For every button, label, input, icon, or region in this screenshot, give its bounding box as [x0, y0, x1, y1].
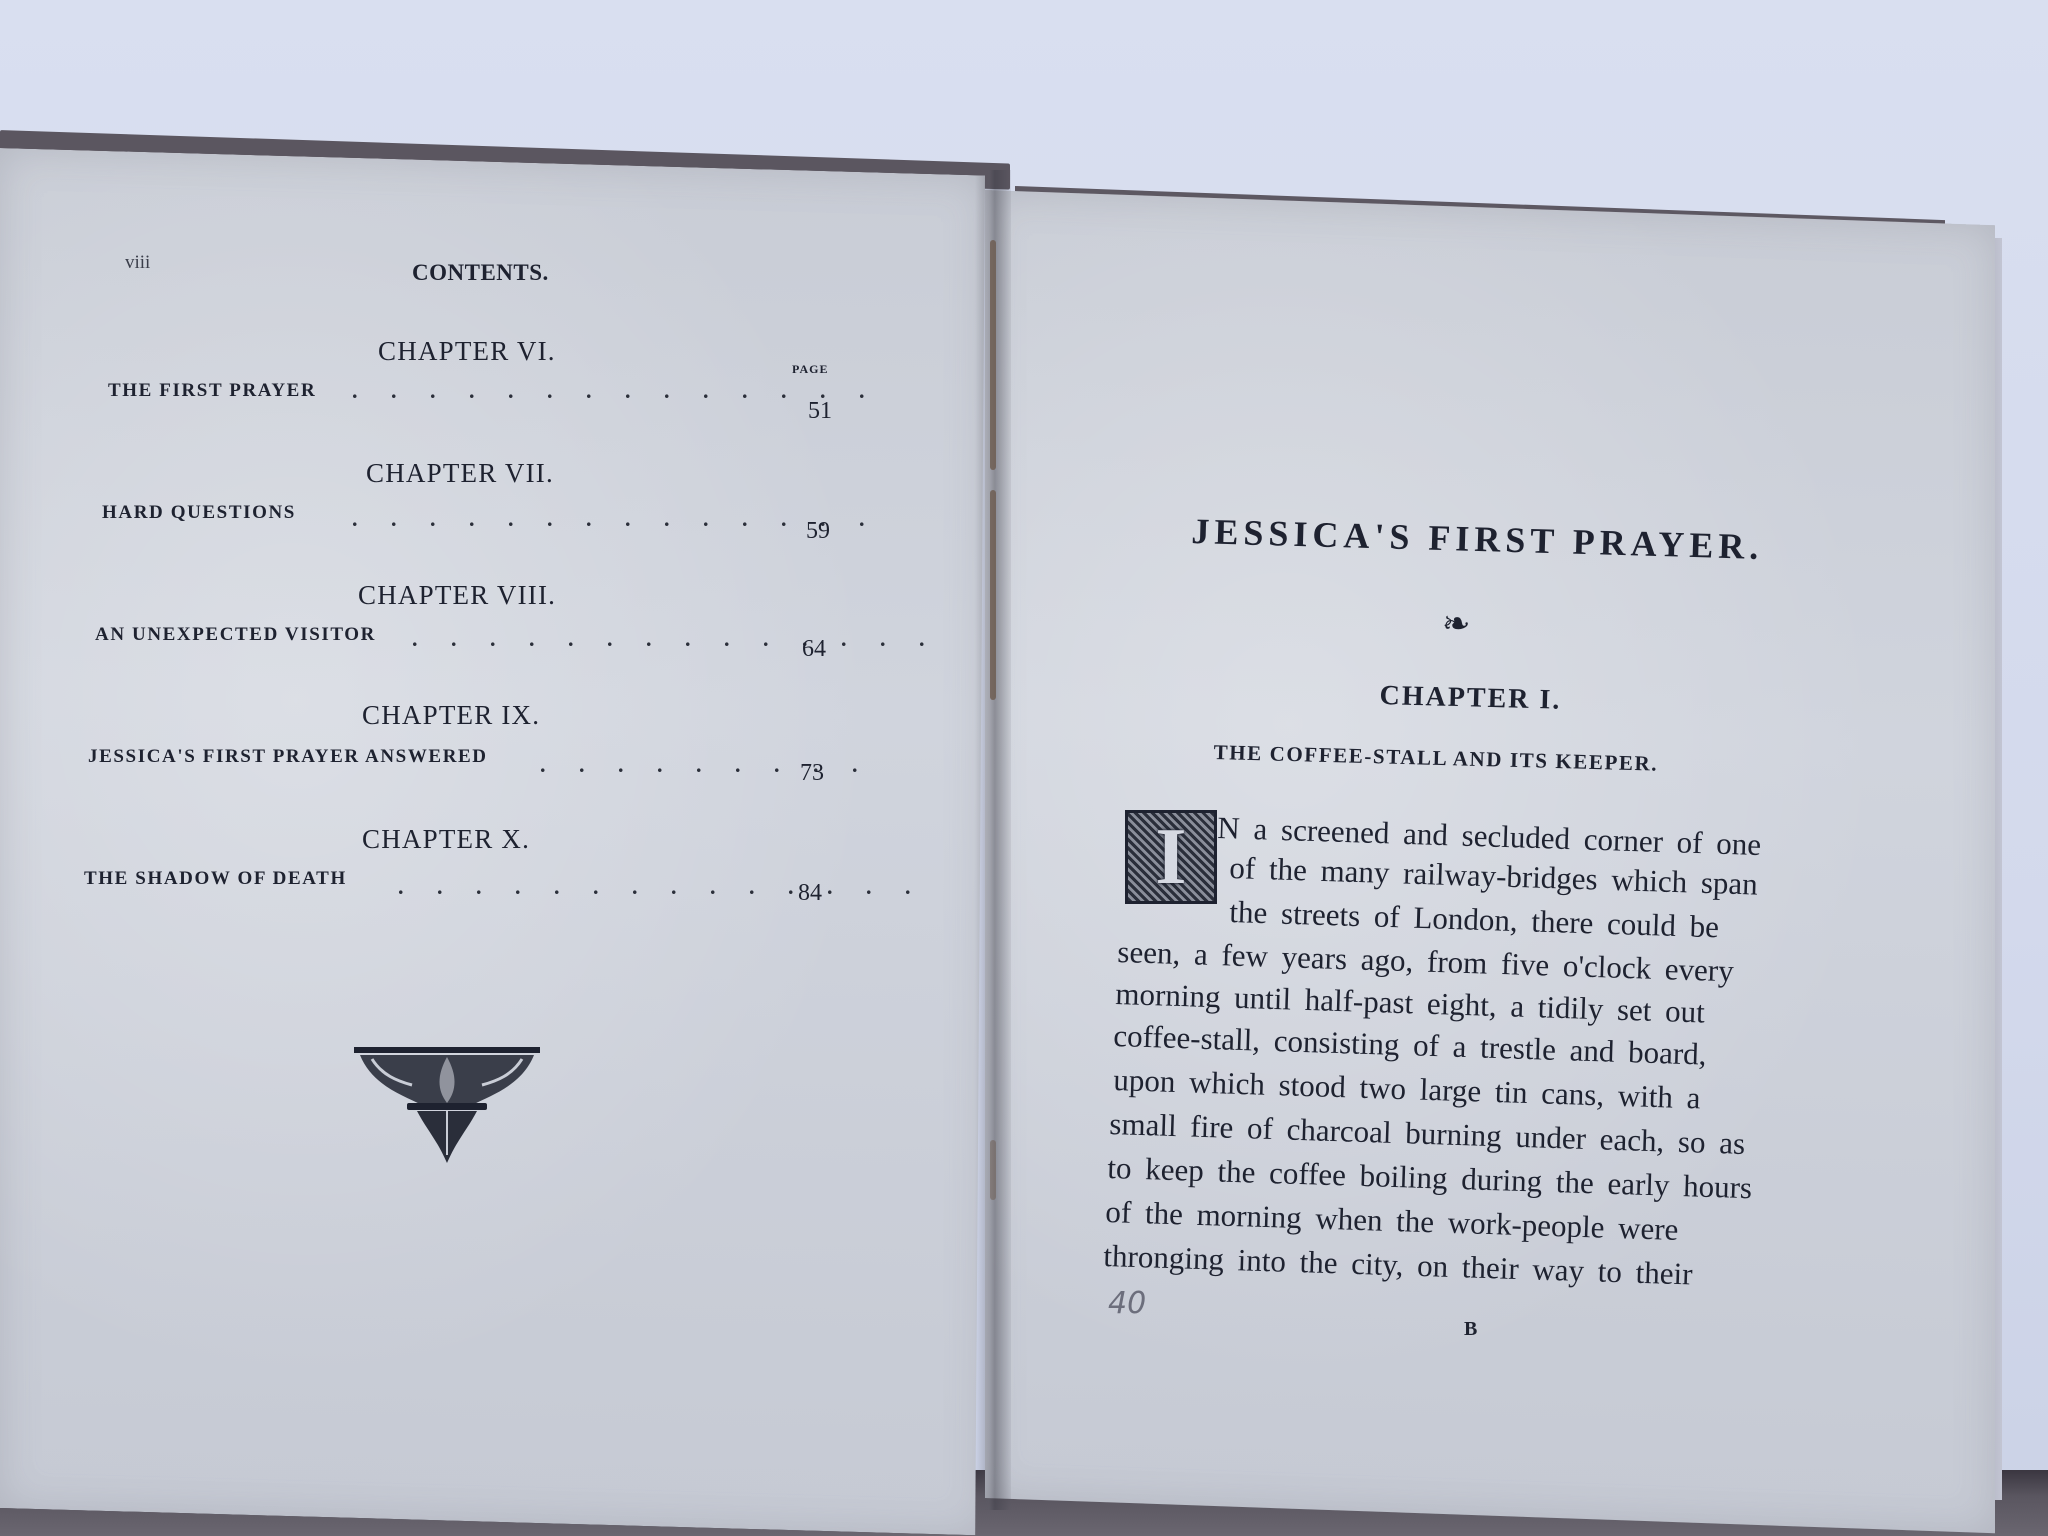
- binding-thread: [990, 490, 996, 700]
- toc-leader-dots: . . . . . . . . . . . . . .: [398, 874, 925, 900]
- binding-thread: [990, 240, 996, 470]
- signature-mark: B: [1464, 1318, 1477, 1341]
- bracket-ornament-icon: [352, 1045, 542, 1165]
- drop-cap-letter: I: [1155, 817, 1186, 897]
- toc-page-number[interactable]: 84: [798, 880, 822, 907]
- toc-page-number[interactable]: 51: [808, 398, 832, 425]
- toc-leader-dots: . . . . . . . . . . . . . .: [412, 626, 939, 652]
- toc-chapter-heading: CHAPTER VII.: [366, 458, 554, 489]
- page-column-label: PAGE: [792, 362, 828, 377]
- toc-page-number[interactable]: 59: [806, 518, 830, 545]
- toc-leader-dots: . . . . . . . . . . . . . .: [352, 506, 879, 532]
- fleuron-icon: ❧: [1442, 604, 1471, 644]
- toc-chapter-heading: CHAPTER IX.: [362, 700, 540, 731]
- toc-chapter-heading: CHAPTER VI.: [378, 336, 556, 367]
- toc-entry-title: HARD QUESTIONS: [102, 502, 296, 524]
- toc-chapter-heading: CHAPTER VIII.: [358, 580, 556, 611]
- toc-page-number[interactable]: 73: [800, 760, 824, 787]
- binding-thread: [990, 1140, 996, 1200]
- toc-leader-dots: . . . . . . . . . . . . . .: [352, 378, 879, 404]
- drop-cap-initial: I: [1125, 810, 1217, 904]
- toc-entry-title: THE FIRST PRAYER: [108, 380, 316, 402]
- toc-entry-title: THE SHADOW OF DEATH: [84, 868, 347, 890]
- pencil-annotation: 40: [1108, 1286, 1146, 1321]
- chapter-heading: CHAPTER I.: [1379, 680, 1562, 717]
- running-head: CONTENTS.: [412, 260, 549, 286]
- toc-chapter-heading: CHAPTER X.: [362, 824, 530, 855]
- toc-entry-title: AN UNEXPECTED VISITOR: [95, 624, 376, 646]
- toc-entry-title: JESSICA'S FIRST PRAYER ANSWERED: [88, 746, 488, 768]
- toc-page-number[interactable]: 64: [802, 636, 826, 663]
- page-number: viii: [125, 252, 150, 274]
